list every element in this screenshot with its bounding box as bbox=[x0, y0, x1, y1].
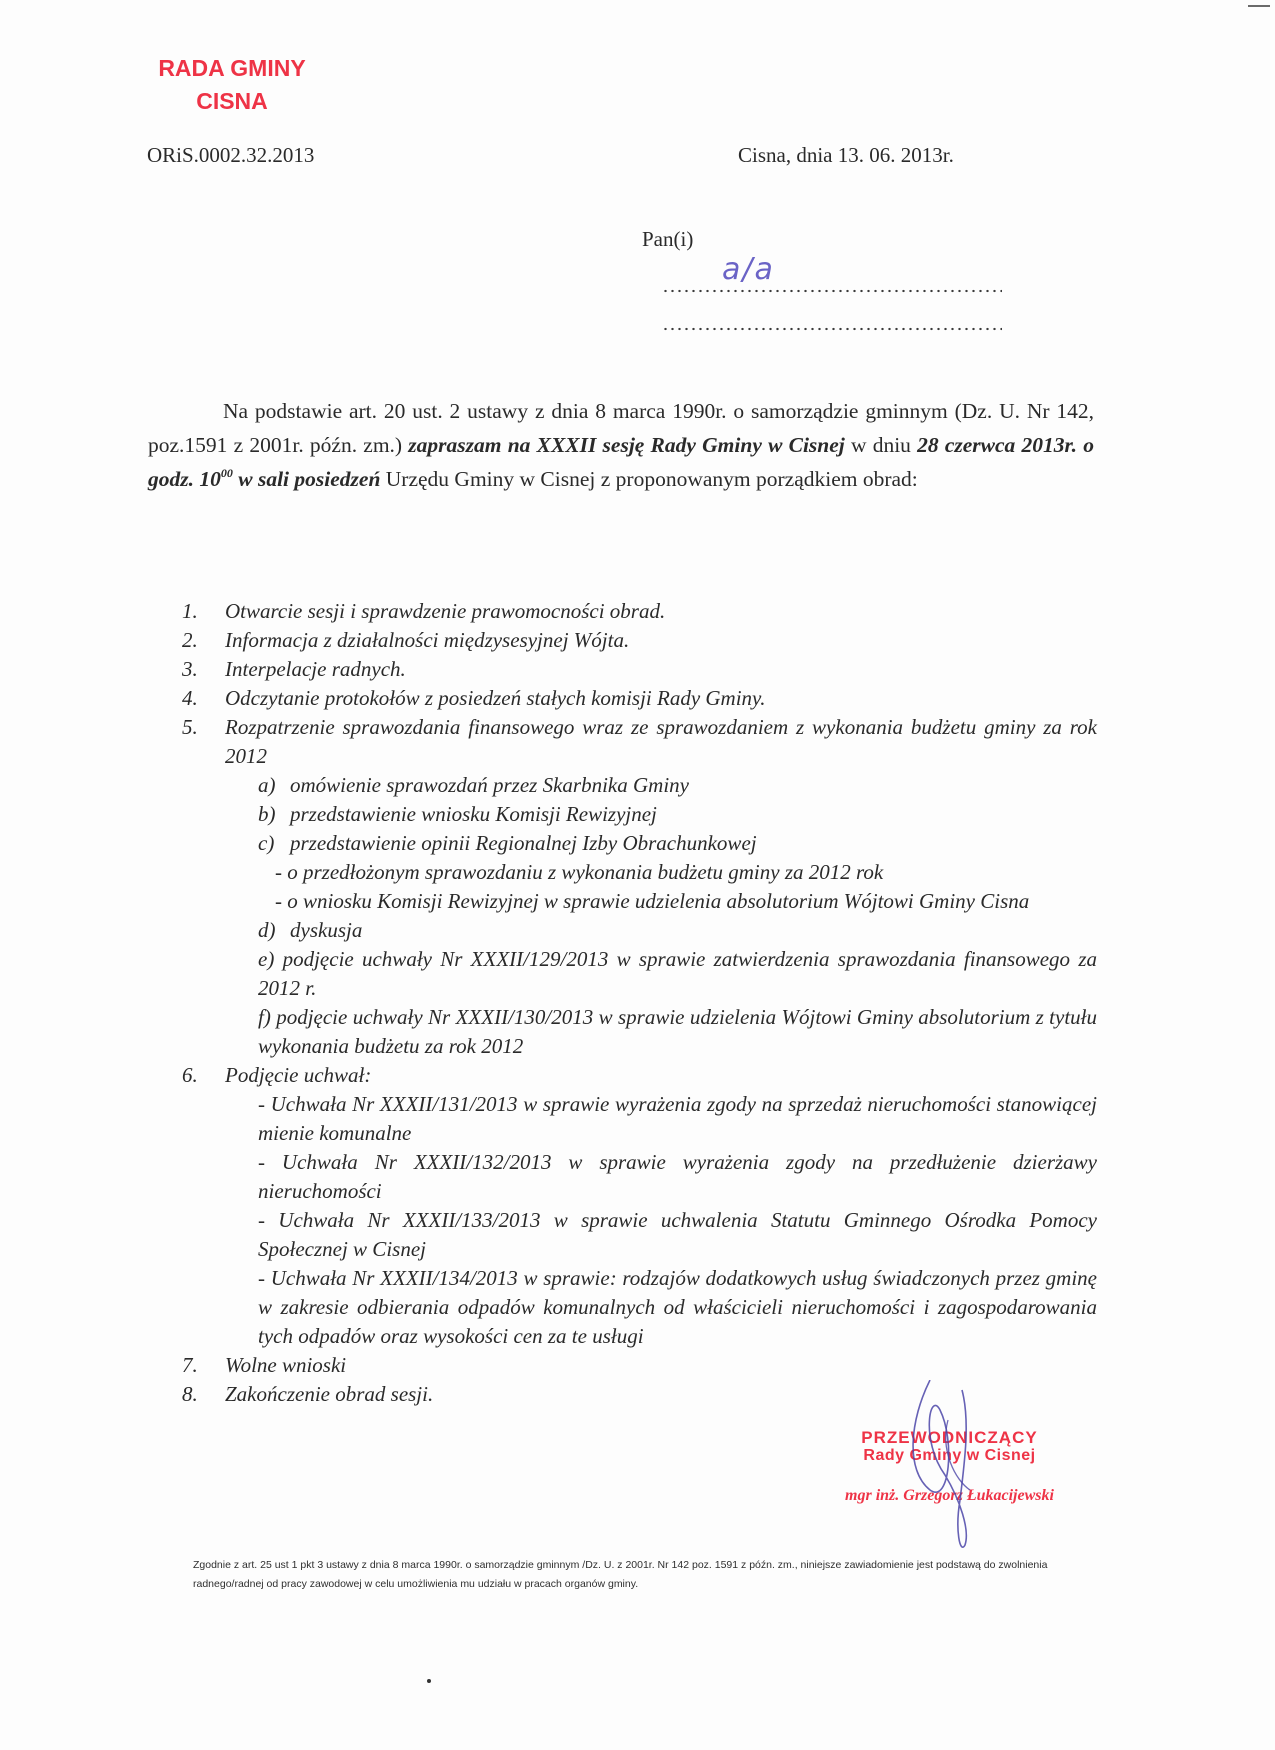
scan-artifact-line bbox=[1248, 5, 1270, 7]
resolution-item: - Uchwała Nr XXXII/132/2013 w sprawie wy… bbox=[182, 1148, 1097, 1206]
agenda-subitem-dash: - o wniosku Komisji Rewizyjnej w sprawie… bbox=[182, 887, 1097, 916]
agenda-subitem: f) podjęcie uchwały Nr XXXII/130/2013 w … bbox=[182, 1003, 1097, 1061]
council-stamp-line2: CISNA bbox=[132, 85, 332, 118]
agenda-subitem-dash: - o przedłożonym sprawozdaniu z wykonani… bbox=[182, 858, 1097, 887]
intro-text-2: w dniu bbox=[845, 433, 917, 457]
addressee-line-1 bbox=[662, 288, 1002, 294]
agenda-item: 6. Podjęcie uchwał: bbox=[182, 1061, 1097, 1090]
agenda-item: 7. Wolne wnioski bbox=[182, 1351, 1097, 1380]
agenda-item: 2. Informacja z działalności międzysesyj… bbox=[182, 626, 1097, 655]
agenda-subitem: e) podjęcie uchwały Nr XXXII/129/2013 w … bbox=[182, 945, 1097, 1003]
agenda-list: 1. Otwarcie sesji i sprawdzenie prawomoc… bbox=[182, 597, 1097, 1409]
session-room: w sali posiedzeń bbox=[233, 467, 381, 491]
agenda-item: 1. Otwarcie sesji i sprawdzenie prawomoc… bbox=[182, 597, 1097, 626]
invitation-paragraph: Na podstawie art. 20 ust. 2 ustawy z dni… bbox=[148, 394, 1094, 496]
scan-speck bbox=[427, 1679, 431, 1683]
agenda-subitem: a)omówienie sprawozdań przez Skarbnika G… bbox=[182, 771, 1097, 800]
resolution-item: - Uchwała Nr XXXII/131/2013 w sprawie wy… bbox=[182, 1090, 1097, 1148]
addressee-line-2 bbox=[662, 326, 1002, 332]
legal-footnote: Zgodnie z art. 25 ust 1 pkt 3 ustawy z d… bbox=[193, 1556, 1103, 1594]
agenda-item: 5. Rozpatrzenie sprawozdania finansowego… bbox=[182, 713, 1097, 771]
resolution-item: - Uchwała Nr XXXII/134/2013 w sprawie: r… bbox=[182, 1264, 1097, 1351]
session-time-minutes: 00 bbox=[221, 466, 233, 480]
intro-text-3: Urzędu Gminy w Cisnej z proponowanym por… bbox=[380, 467, 917, 491]
agenda-item: 4. Odczytanie protokołów z posiedzeń sta… bbox=[182, 684, 1097, 713]
agenda-subitem: b)przedstawienie wniosku Komisji Rewizyj… bbox=[182, 800, 1097, 829]
resolution-item: - Uchwała Nr XXXII/133/2013 w sprawie uc… bbox=[182, 1206, 1097, 1264]
council-stamp-line1: RADA GMINY bbox=[132, 52, 332, 85]
intro-invitation: zapraszam na XXXII sesję Rady Gminy w Ci… bbox=[408, 433, 844, 457]
handwritten-addressee: a/a bbox=[722, 252, 775, 287]
council-stamp: RADA GMINY CISNA bbox=[132, 52, 332, 118]
place-date: Cisna, dnia 13. 06. 2013r. bbox=[738, 143, 954, 168]
reference-number: ORiS.0002.32.2013 bbox=[147, 143, 314, 168]
agenda-item: 3. Interpelacje radnych. bbox=[182, 655, 1097, 684]
agenda-subitem: d)dyskusja bbox=[182, 916, 1097, 945]
addressee-salutation: Pan(i) bbox=[642, 227, 693, 252]
agenda-subitem: c)przedstawienie opinii Regionalnej Izby… bbox=[182, 829, 1097, 858]
signature-icon bbox=[900, 1380, 1010, 1560]
